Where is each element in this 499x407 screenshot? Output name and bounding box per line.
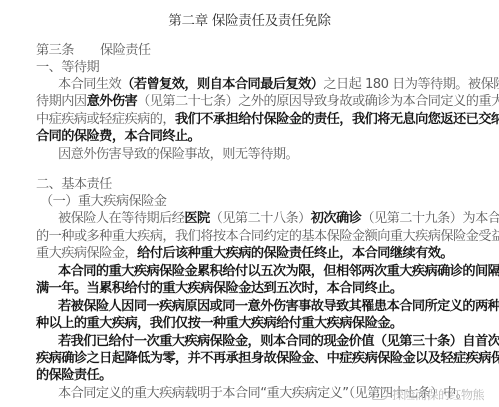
section-heading-waiting-period: 一、等待期: [36, 59, 466, 76]
text-run-bold: 给付后该种重大疾病的保险责任终止，本合同继续有效。: [137, 246, 453, 261]
article-heading: 第三条保险责任: [36, 42, 466, 59]
paragraph-line: 若被保险人因同一疾病原因或同一意外伤害事故导致其罹患本合同所定义的两种或两: [58, 298, 466, 315]
text-run-bold: 医院: [184, 211, 209, 226]
paragraph-line: 本合同的重大疾病保险金累积给付以五次为限，但相邻两次重大疾病确诊的间隔期须: [58, 263, 466, 280]
text-run-bold: 意外伤害: [87, 94, 138, 109]
paragraph-line: 待期内因意外伤害（见第二十七条）之外的原因导致身故或确诊为本合同定义的重大疾病、: [36, 93, 466, 110]
text-run: 待期内因: [36, 94, 87, 109]
watermark-text: 探险而保的红物熊: [392, 388, 484, 402]
sub-heading-critical-illness: （一）重大疾病保险金: [40, 193, 470, 210]
text-run: 被保险人在等待期后经: [58, 211, 184, 226]
paragraph-line: 若我们已给付一次重大疾病保险金，则本合同的现金价值（见第三十条）自首次重大: [58, 333, 466, 350]
paragraph-line: 本合同生效（若曾复效，则自本合同最后复效）之日起 180 日为等待期。被保险人在…: [58, 76, 466, 93]
chat-bubble-icon: [372, 388, 388, 400]
text-run: （见第二十八条）: [210, 211, 311, 226]
paragraph-line: 因意外伤害导致的保险事故，则无等待期。: [58, 146, 466, 163]
text-run: 本合同生效: [58, 77, 121, 92]
paragraph-line: 满一年。当累积给付的重大疾病保险金达到五次时，本合同终止。: [36, 280, 466, 297]
article-number: 第三条: [36, 42, 100, 59]
paragraph-line: 中症疾病或轻症疾病的，我们不承担给付保险金的责任，我们将无息向您返还已交纳的本: [36, 111, 466, 128]
section-heading-basic-liability: 二、基本责任: [36, 176, 466, 193]
text-run: （见第二十九条）为本合同定义: [361, 211, 499, 226]
text-run: 之日起 180 日为等待期。被保险人在等: [323, 77, 499, 92]
paragraph-line: 的一种或多种重大疾病，我们将按本合同约定的基本保险金额向重大疾病保险金受益人给付: [36, 228, 466, 245]
chapter-title: 第二章 保险责任及责任免除: [0, 9, 499, 29]
watermark: 探险而保的红物熊: [372, 386, 484, 403]
paragraph-line: 重大疾病保险金，给付后该种重大疾病的保险责任终止，本合同继续有效。: [36, 245, 466, 262]
text-run-bold: （若曾复效，则自本合同最后复效）: [121, 77, 323, 92]
document-page: 第二章 保险责任及责任免除 第三条保险责任 一、等待期 本合同生效（若曾复效，则…: [0, 0, 499, 407]
paragraph-line: 种以上的重大疾病，我们仅按一种重大疾病给付重大疾病保险金。: [36, 315, 466, 332]
article-title: 保险责任: [100, 43, 151, 58]
paragraph-line: 疾病确诊之日起降低为零，并不再承担身故保险金、中症疾病保险金以及轻症疾病保险金: [36, 350, 466, 367]
text-run: 重大疾病保险金，: [36, 246, 137, 261]
paragraph-line: 的保险责任。: [36, 367, 466, 384]
text-run-bold: 初次确诊: [311, 211, 362, 226]
text-run: （见第二十七条）之外的原因导致身故或确诊为本合同定义的重大疾病、: [137, 94, 499, 109]
paragraph-line: 合同的保险费，本合同终止。: [36, 128, 466, 145]
paragraph-line: 被保险人在等待期后经医院（见第二十八条）初次确诊（见第二十九条）为本合同定义: [58, 210, 466, 227]
text-run-bold: 我们不承担给付保险金的责任，我们将无息向您返还已交纳的本: [175, 112, 499, 127]
text-run: 中症疾病或轻症疾病的，: [36, 112, 175, 127]
